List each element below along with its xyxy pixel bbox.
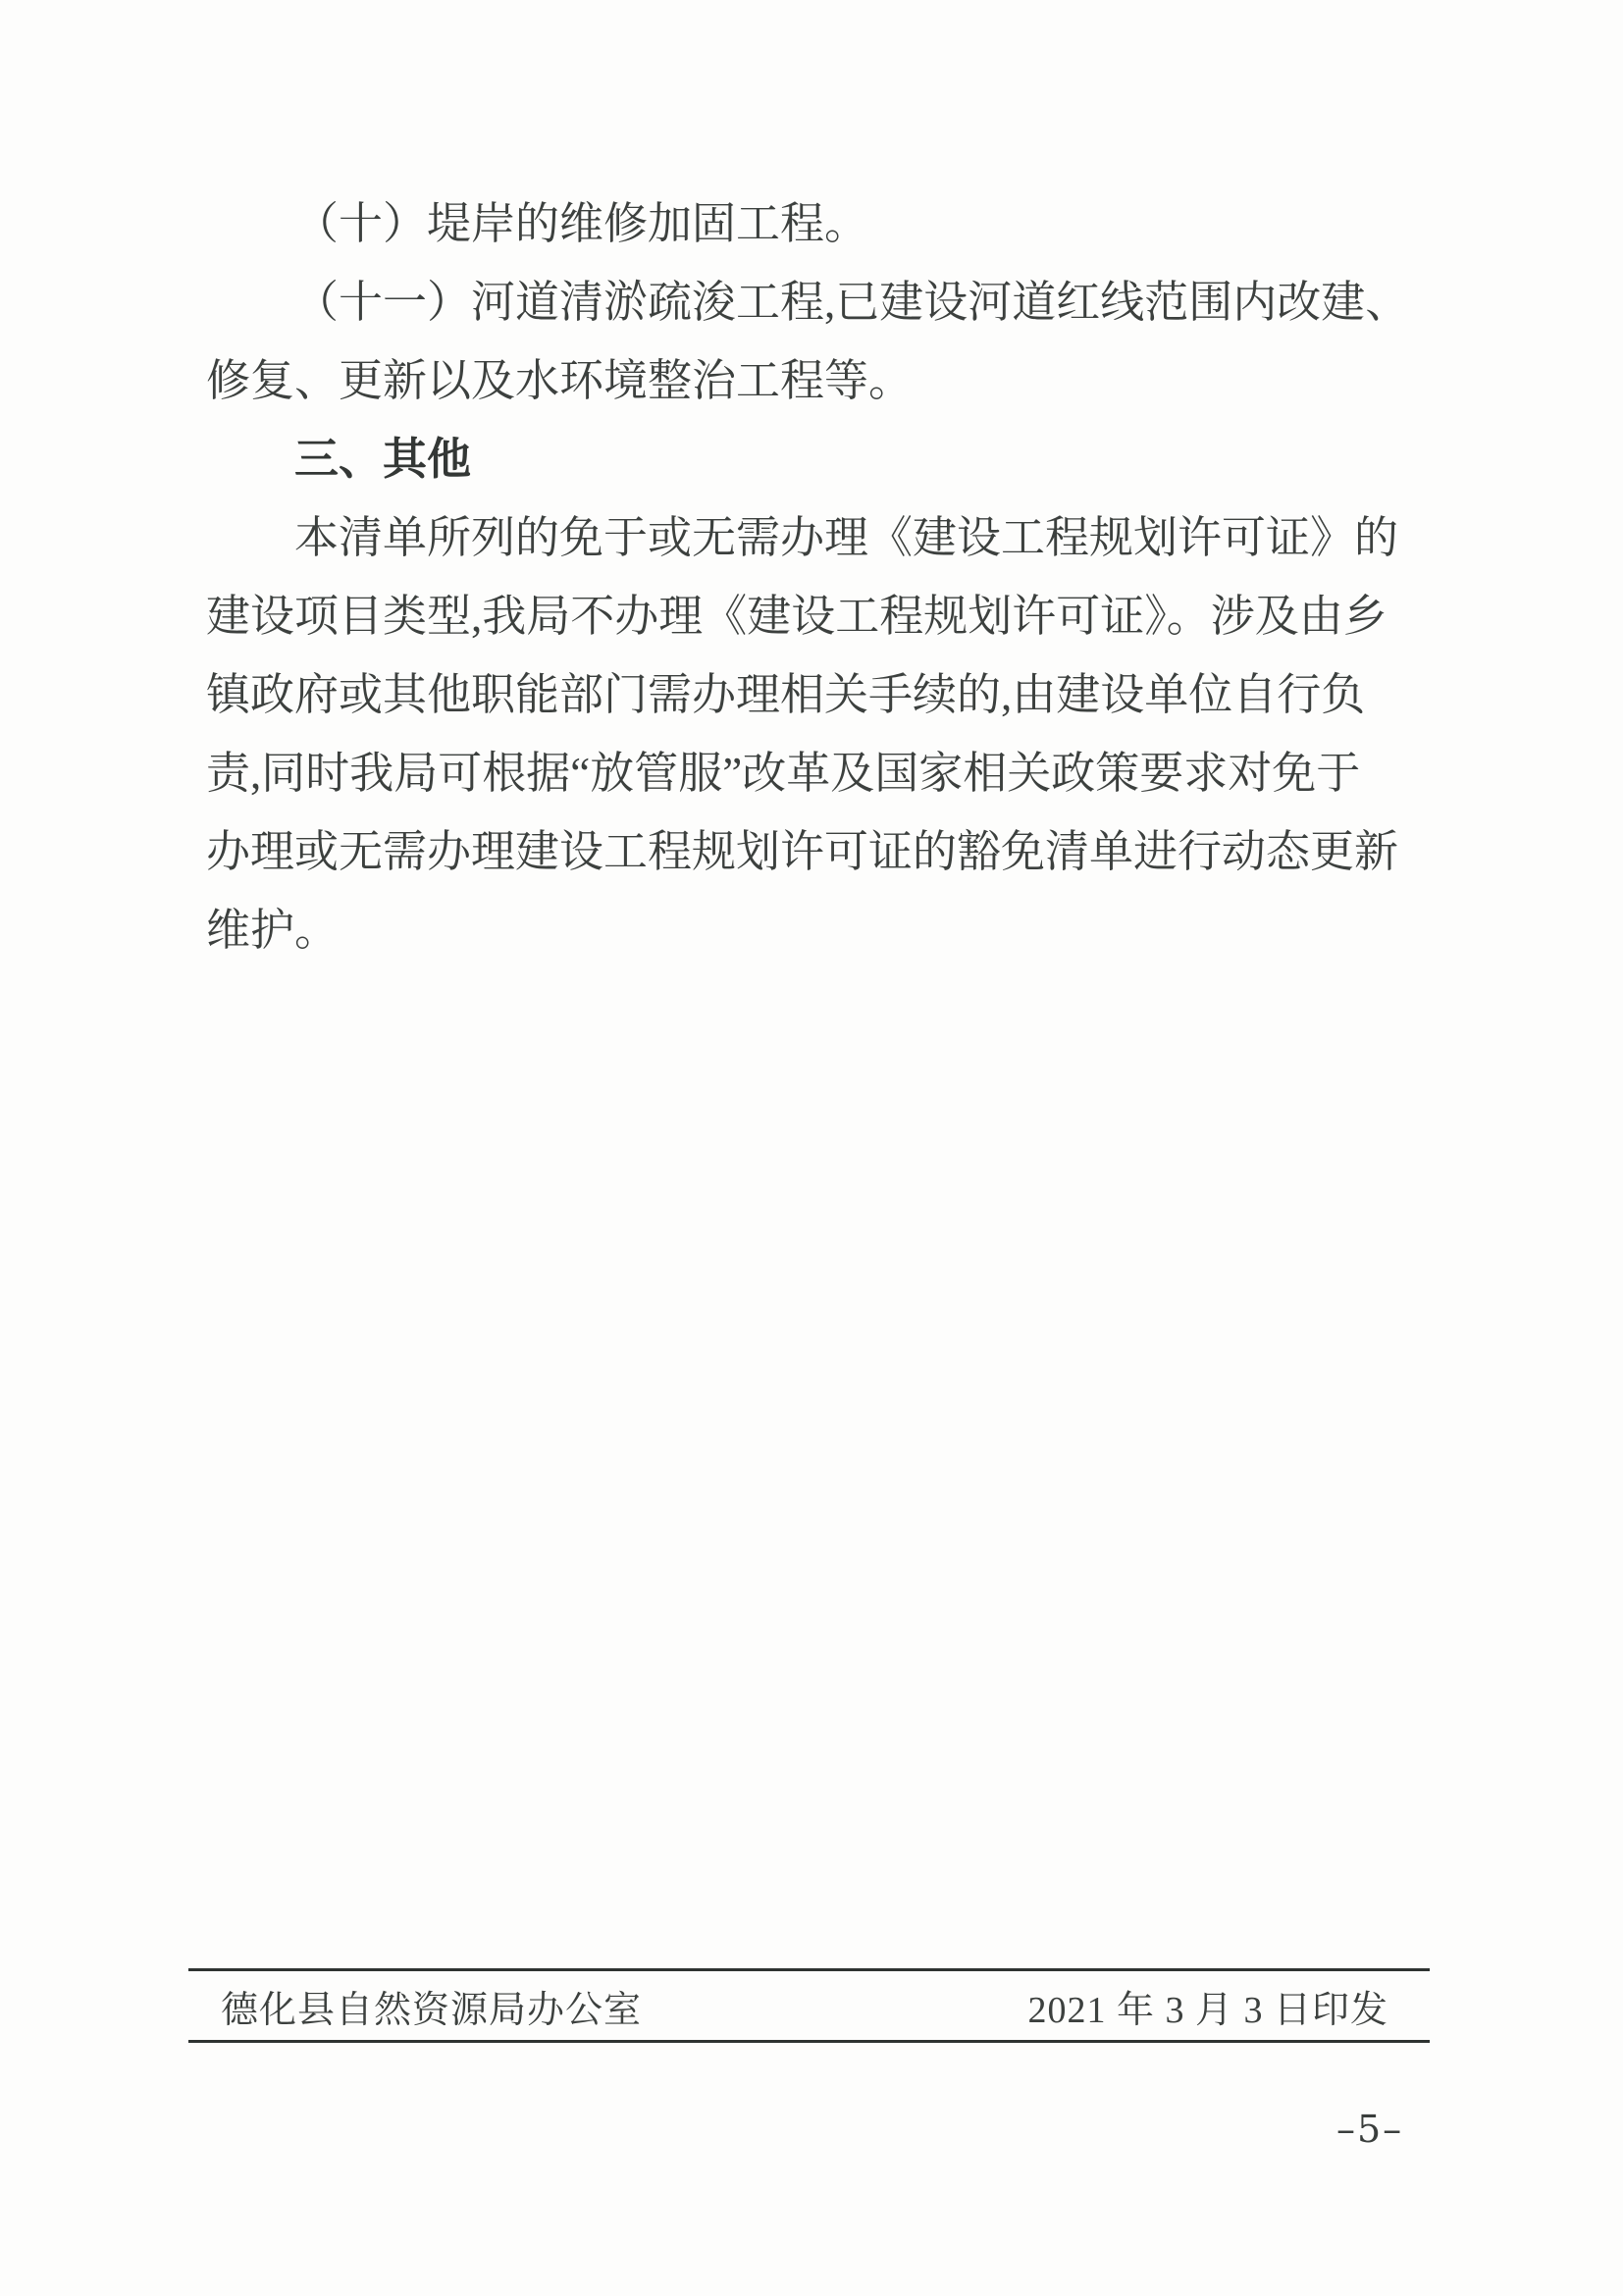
text-line: 办理或无需办理建设工程规划许可证的豁免清单进行动态更新 [206,812,1428,891]
text-line: 维护。 [206,891,1428,969]
text-line: 本清单所列的免于或无需办理《建设工程规划许可证》的 [206,498,1428,577]
text-line: 镇政府或其他职能部门需办理相关手续的,由建设单位自行负 [206,655,1428,734]
issuing-office-label: 德化县自然资源局办公室 [221,1979,642,2033]
text-line: 修复、更新以及水环境整治工程等。 [206,341,1428,420]
document-page: （十）堤岸的维修加固工程。 （十一）河道清淤疏浚工程,已建设河道红线范围内改建、… [0,0,1623,2296]
text-line: （十）堤岸的维修加固工程。 [206,184,1428,263]
page-number: –5– [1336,2108,1403,2151]
document-body: （十）堤岸的维修加固工程。 （十一）河道清淤疏浚工程,已建设河道红线范围内改建、… [206,184,1428,969]
print-date-label: 2021 年 3 月 3 日印发 [1027,1979,1388,2033]
text-line: （十一）河道清淤疏浚工程,已建设河道红线范围内改建、 [206,263,1428,341]
colophon-footer: 德化县自然资源局办公室 2021 年 3 月 3 日印发 [188,1968,1430,2043]
text-line: 建设项目类型,我局不办理《建设工程规划许可证》。涉及由乡 [206,577,1428,655]
text-line: 责,同时我局可根据“放管服”改革及国家相关政策要求对免于 [206,734,1428,812]
section-heading: 三、其他 [206,420,1428,498]
